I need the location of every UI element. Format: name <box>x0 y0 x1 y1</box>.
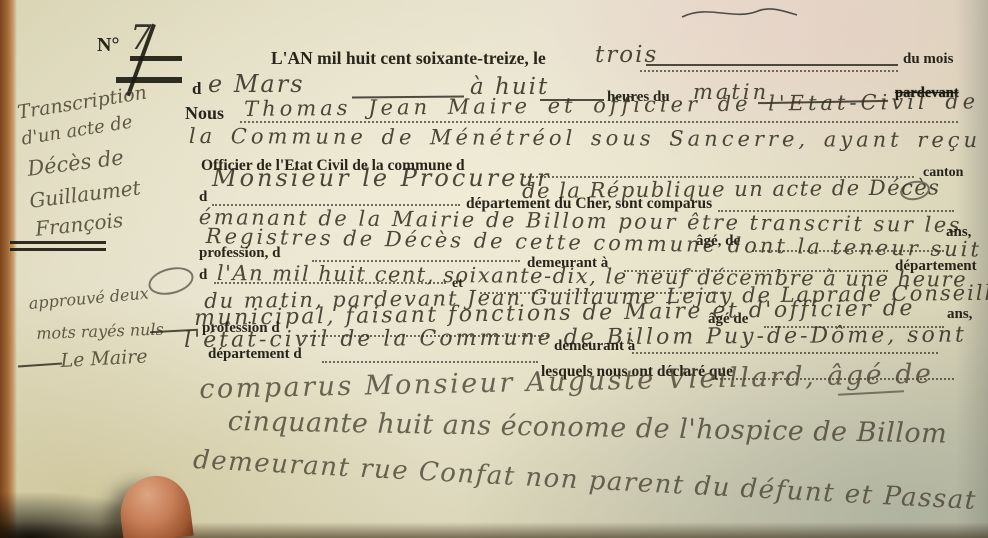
thumb-holding-page <box>116 472 193 538</box>
printed-de: d <box>192 79 201 99</box>
handwritten-comparant-age: cinquante huit ans économe de l'hospice … <box>227 406 947 450</box>
margin-transcription-line: Décès de <box>26 145 125 181</box>
form-rule <box>240 121 958 123</box>
form-rule <box>322 361 538 363</box>
printed-nous: Nous <box>185 103 224 124</box>
handwritten-procureur: Monsieur le Procureur <box>212 164 551 192</box>
margin-approval-line: approuvé deux <box>28 284 149 313</box>
handwritten-commune: la Commune de Ménétréol sous Sancerre, a… <box>189 124 988 152</box>
printed-d2: d <box>199 189 207 206</box>
act-number-label: N° <box>97 34 119 57</box>
margin-transcription-line: François <box>34 208 124 241</box>
printed-profession-1: profession, d <box>199 245 280 262</box>
margin-double-rule-2 <box>10 248 106 251</box>
pen-stroke <box>646 64 898 66</box>
printed-du-mois: du mois <box>903 51 953 68</box>
margin-approval-line: mots rayés nuls <box>36 320 164 343</box>
ink-squiggle <box>680 2 800 24</box>
number-underline-2 <box>116 77 182 83</box>
handwritten-comparant-domicile: demeurant rue Confat non parent du défun… <box>192 445 977 516</box>
pen-stroke <box>18 362 62 367</box>
form-rule <box>632 352 938 354</box>
printed-an-line: L'AN mil huit cent soixante-treize, le <box>271 48 546 69</box>
printed-ans-2: ans, <box>947 306 972 323</box>
book-binding-edge <box>0 0 17 538</box>
printed-demeurant-2: demeurant à <box>554 338 635 355</box>
printed-d3: d <box>199 267 207 284</box>
margin-transcription-line: Guillaumet <box>28 175 142 212</box>
pen-flourish-circle <box>146 263 197 299</box>
margin-mayor-signature: Le Maire <box>60 345 148 372</box>
handwritten-comparant: comparus Monsieur Auguste Vieillard, âgé… <box>199 359 934 405</box>
printed-departement-2: département d <box>208 346 302 363</box>
handwritten-officiant: Thomas Jean Maire et officier de l'Etat-… <box>244 89 979 121</box>
form-rule <box>640 70 898 72</box>
handwritten-month: e Mars <box>208 70 305 98</box>
margin-double-rule-1 <box>10 241 106 244</box>
scanned-register-page: N° 7 Transcription d'un acte de Décès de… <box>0 0 988 538</box>
